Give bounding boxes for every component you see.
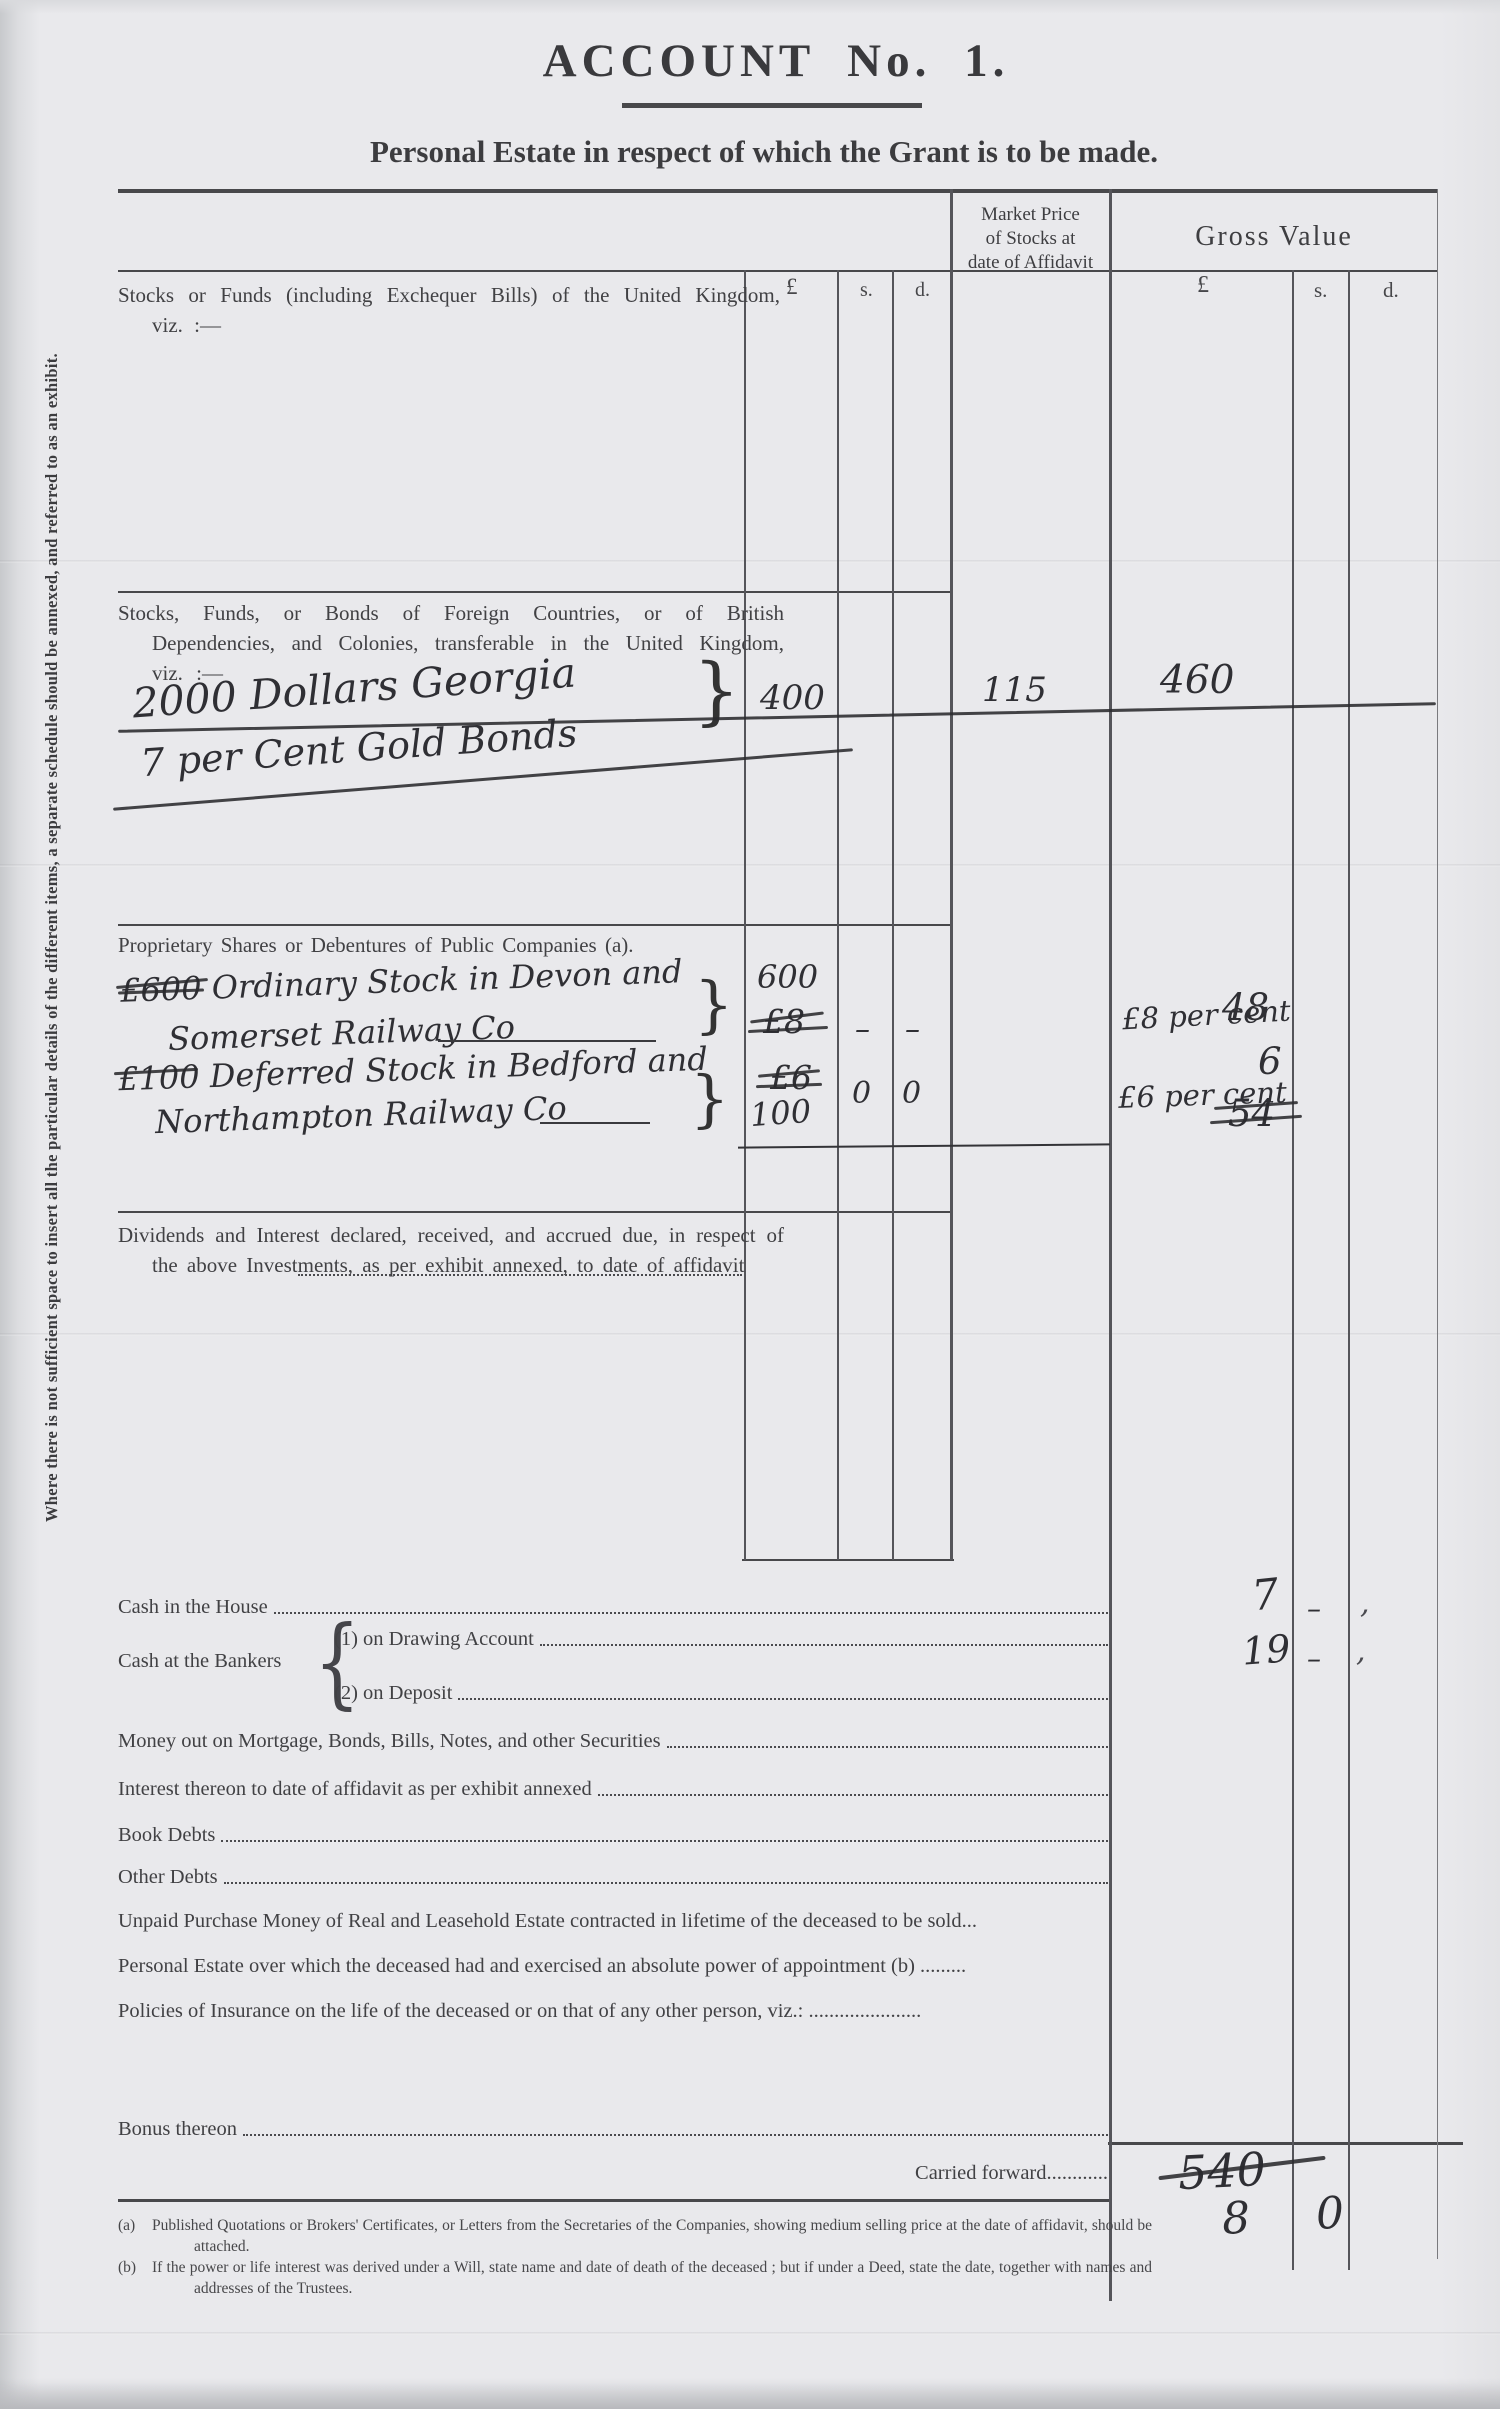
shares-entry2-line2: Northampton Railway Co	[154, 1089, 567, 1141]
shillings-value: –	[1307, 1592, 1321, 1625]
leader-dots	[667, 1746, 1108, 1748]
column-rule	[892, 270, 894, 1560]
column-rule	[1292, 270, 1294, 2270]
market-price-value: 115	[982, 670, 1047, 710]
margin-note: Where there is not sufficient space to i…	[42, 292, 68, 1522]
carried-forward-label: Carried forward............	[850, 2162, 1108, 2185]
bankers-label: Cash at the Bankers	[118, 1650, 281, 1673]
row-label: (1) on Drawing Account	[334, 1628, 540, 1651]
shillings-value: 0	[852, 1076, 871, 1111]
row-label: Unpaid Purchase Money of Real and Leaseh…	[118, 1910, 983, 1933]
leader-dots	[598, 1794, 1108, 1796]
pence-value: 0	[902, 1076, 921, 1111]
row-label: Cash in the House	[118, 1596, 274, 1619]
shillings-label: s.	[860, 279, 873, 302]
row-label: Money out on Mortgage, Bonds, Bills, Not…	[118, 1730, 667, 1753]
pounds-value: 7	[1250, 1569, 1282, 1621]
paper-crease	[0, 2332, 1500, 2335]
row-label: Interest thereon to date of affidavit as…	[118, 1778, 598, 1801]
market-price-header: Market Price of Stocks at date of Affida…	[952, 203, 1109, 274]
entry-brace: }	[694, 968, 733, 1041]
pence-value: –	[905, 1012, 920, 1047]
entry-brace: }	[690, 1062, 729, 1135]
paper-crease	[0, 864, 1500, 867]
section-rule	[118, 1211, 953, 1213]
section-rule	[118, 924, 953, 926]
header-bottom-rule	[118, 270, 1438, 272]
table-row: Personal Estate over which the deceased …	[118, 1955, 1108, 1978]
row-label: Bonus thereon	[118, 2118, 243, 2141]
table-row: Bonus thereon	[118, 2118, 1108, 2141]
carried-forward-top-rule	[1108, 2142, 1463, 2145]
inner-columns-bottom-rule	[742, 1559, 954, 1561]
amount-pounds-value: 600	[757, 958, 818, 996]
pounds-value: 19	[1241, 1626, 1292, 1673]
table-row: (1) on Drawing Account	[334, 1628, 1108, 1651]
amount-pounds-value: 100	[749, 1092, 813, 1134]
gross-value-entry: 460	[1160, 658, 1234, 703]
table-row: (2) on Deposit	[334, 1682, 1108, 1705]
section-rule	[118, 591, 953, 593]
footnote-a-text: Published Quotations or Brokers' Certifi…	[152, 2216, 1152, 2258]
row-label: Policies of Insurance on the life of the…	[118, 2000, 927, 2023]
pence-label: d.	[1383, 278, 1399, 303]
leader-dots	[221, 1840, 1108, 1842]
gross-value-header: Gross Value	[1111, 221, 1437, 253]
carried-forward-value: 8 0	[1221, 2186, 1371, 2245]
leader-dots	[224, 1882, 1108, 1884]
leader-dots	[243, 2134, 1108, 2136]
table-row: Other Debts	[118, 1866, 1108, 1889]
market-price-left-rule	[950, 189, 953, 1560]
shillings-label: s.	[1314, 278, 1327, 303]
footnote-b-marker: (b)	[118, 2258, 136, 2279]
page-subtitle: Personal Estate in respect of which the …	[0, 134, 1500, 170]
paper-crease	[0, 1333, 1500, 1336]
section-stocks-uk-label: Stocks or Funds (including Exchequer Bil…	[118, 281, 780, 341]
amount-struck-value: £8	[763, 1002, 805, 1041]
column-rule	[1348, 270, 1350, 2270]
handwritten-total-line	[738, 1143, 1110, 1148]
row-label: Other Debts	[118, 1866, 224, 1889]
pounds-label: £	[786, 274, 798, 300]
row-label: (2) on Deposit	[334, 1682, 458, 1705]
page-title: ACCOUNT No. 1.	[0, 34, 1500, 88]
title-underline	[622, 103, 922, 108]
table-row: Policies of Insurance on the life of the…	[118, 2000, 1108, 2023]
table-right-rule	[1437, 189, 1438, 2259]
gross-struck-value: 54	[1228, 1092, 1275, 1135]
column-rule	[837, 270, 839, 1560]
pounds-label: £	[1197, 272, 1209, 299]
paper-crease	[0, 560, 1500, 563]
row-label: Book Debts	[118, 1824, 221, 1847]
amount-pounds-value: 400	[760, 678, 825, 718]
scanned-document-page: ACCOUNT No. 1. Personal Estate in respec…	[0, 0, 1500, 2409]
paper-bottom-shadow	[0, 2378, 1500, 2409]
pence-value: ,	[1360, 1586, 1370, 1621]
row-label: Personal Estate over which the deceased …	[118, 1955, 972, 1978]
entry-brace: }	[693, 648, 740, 734]
gross-value-entry: 48	[1222, 986, 1269, 1029]
table-row: Interest thereon to date of affidavit as…	[118, 1778, 1108, 1801]
shillings-value: –	[1307, 1642, 1321, 1675]
leader-dots	[458, 1698, 1108, 1700]
shillings-value: –	[855, 1012, 870, 1047]
section-dividends-label: Dividends and Interest declared, receive…	[118, 1221, 784, 1281]
leader-dots	[298, 1274, 742, 1276]
table-row: Book Debts	[118, 1824, 1108, 1847]
table-row: Money out on Mortgage, Bonds, Bills, Not…	[118, 1730, 1108, 1753]
table-row: Unpaid Purchase Money of Real and Leaseh…	[118, 1910, 1108, 1933]
table-top-rule	[118, 189, 1438, 193]
pence-value: ,	[1356, 1634, 1366, 1669]
pence-label: d.	[915, 279, 930, 302]
gross-value-left-rule	[1109, 189, 1112, 2301]
footnote-a-marker: (a)	[118, 2216, 135, 2237]
footnote-b-text: If the power or life interest was derive…	[152, 2258, 1152, 2300]
carried-forward-bottom-rule	[118, 2199, 1110, 2202]
leader-dots	[274, 1612, 1108, 1614]
leader-dots	[540, 1644, 1108, 1646]
gross-value-entry: 6	[1258, 1040, 1282, 1083]
handwritten-dash-line	[540, 1122, 650, 1124]
column-rule	[744, 270, 746, 1560]
table-row: Cash in the House	[118, 1596, 1108, 1619]
